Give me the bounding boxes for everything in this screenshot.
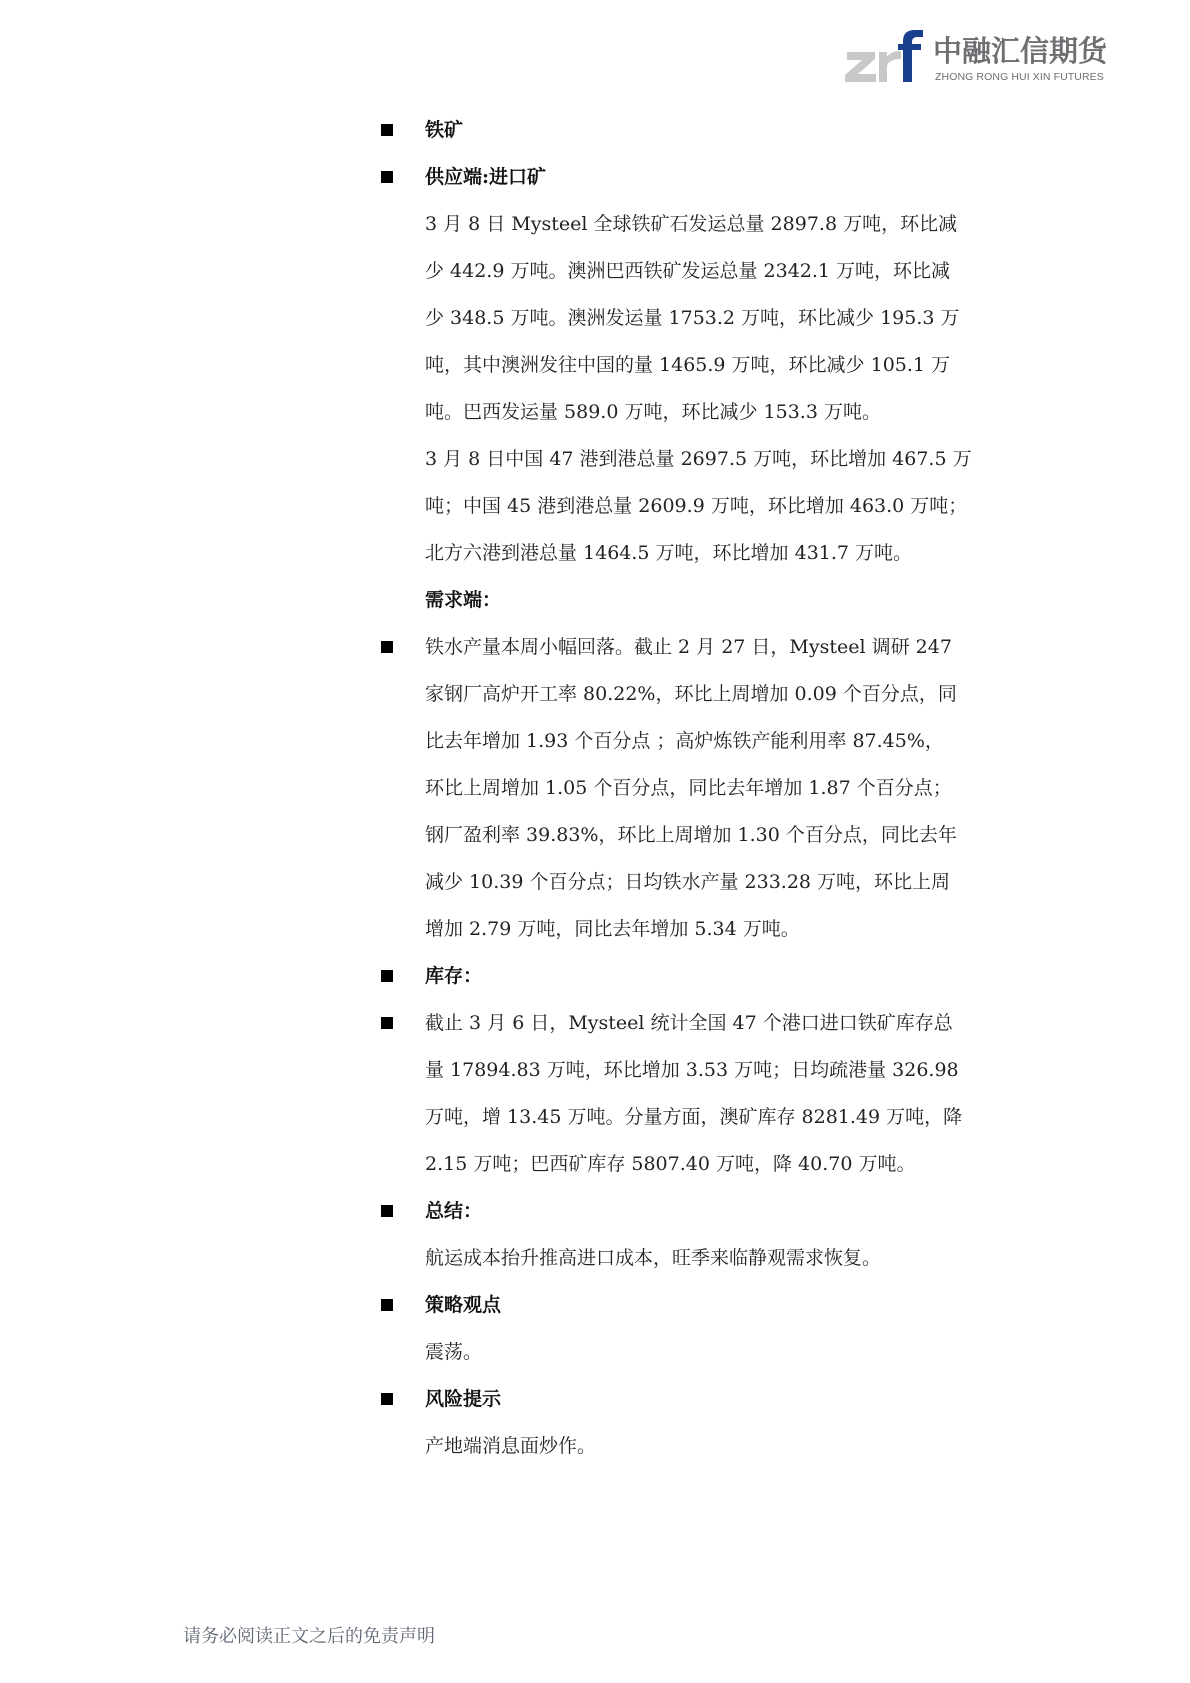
bullet-square-icon <box>381 1017 393 1029</box>
bullet-square-icon <box>381 641 393 653</box>
supply-heading: 供应端:进口矿 <box>425 165 546 189</box>
supply-line: 少 348.5 万吨。澳洲发运量 1753.2 万吨，环比减少 195.3 万 <box>425 306 960 330</box>
logo-english-name: ZHONG RONG HUI XIN FUTURES <box>935 71 1104 83</box>
strategy-heading: 策略观点 <box>425 1293 501 1317</box>
demand-line: 钢厂盈利率 39.83%，环比上周增加 1.30 个百分点，同比去年 <box>425 823 957 847</box>
zrf-logo-mark-icon <box>845 30 925 88</box>
risk-heading: 风险提示 <box>425 1387 501 1411</box>
bullet-square-icon <box>381 124 393 136</box>
demand-line: 家钢厂高炉开工率 80.22%，环比上周增加 0.09 个百分点，同 <box>425 682 957 706</box>
bullet-square-icon <box>381 171 393 183</box>
inventory-heading: 库存： <box>425 964 482 988</box>
bullet-square-icon <box>381 1205 393 1217</box>
bullet-square-icon <box>381 1299 393 1311</box>
summary-text: 航运成本抬升推高进口成本，旺季来临静观需求恢复。 <box>425 1246 881 1270</box>
summary-heading: 总结： <box>425 1199 482 1223</box>
bullet-square-icon <box>381 1393 393 1405</box>
risk-text: 产地端消息面炒作。 <box>425 1434 596 1458</box>
bullet-square-icon <box>381 970 393 982</box>
demand-line: 铁水产量本周小幅回落。截止 2 月 27 日，Mysteel 调研 247 <box>425 635 952 659</box>
supply-line: 少 442.9 万吨。澳洲巴西铁矿发运总量 2342.1 万吨，环比减 <box>425 259 950 283</box>
supply-line: 北方六港到港总量 1464.5 万吨，环比增加 431.7 万吨。 <box>425 541 912 565</box>
inventory-line: 万吨，增 13.45 万吨。分量方面，澳矿库存 8281.49 万吨，降 <box>425 1105 962 1129</box>
logo-chinese-name: 中融汇信期货 <box>933 34 1107 68</box>
section-title: 铁矿 <box>425 118 463 142</box>
supply-line: 3 月 8 日 Mysteel 全球铁矿石发运总量 2897.8 万吨，环比减 <box>425 212 957 236</box>
supply-line: 吨；中国 45 港到港总量 2609.9 万吨，环比增加 463.0 万吨； <box>425 494 967 518</box>
supply-line: 吨。巴西发运量 589.0 万吨，环比减少 153.3 万吨。 <box>425 400 881 424</box>
demand-line: 减少 10.39 个百分点；日均铁水产量 233.28 万吨，环比上周 <box>425 870 950 894</box>
inventory-line: 2.15 万吨；巴西矿库存 5807.40 万吨，降 40.70 万吨。 <box>425 1152 915 1176</box>
company-logo: 中融汇信期货 ZHONG RONG HUI XIN FUTURES <box>845 30 1115 88</box>
strategy-text: 震荡。 <box>425 1340 482 1364</box>
demand-line: 环比上周增加 1.05 个百分点，同比去年增加 1.87 个百分点； <box>425 776 952 800</box>
supply-line: 3 月 8 日中国 47 港到港总量 2697.5 万吨，环比增加 467.5 … <box>425 447 972 471</box>
demand-line: 增加 2.79 万吨，同比去年增加 5.34 万吨。 <box>425 917 800 941</box>
disclaimer-footer: 请务必阅读正文之后的免责声明 <box>183 1622 435 1648</box>
demand-line: 比去年增加 1.93 个百分点 ；高炉炼铁产能利用率 87.45%， <box>425 729 944 753</box>
supply-line: 吨，其中澳洲发往中国的量 1465.9 万吨，环比减少 105.1 万 <box>425 353 950 377</box>
demand-heading: 需求端： <box>425 588 501 612</box>
inventory-line: 截止 3 月 6 日，Mysteel 统计全国 47 个港口进口铁矿库存总 <box>425 1011 953 1035</box>
inventory-line: 量 17894.83 万吨，环比增加 3.53 万吨；日均疏港量 326.98 <box>425 1058 959 1082</box>
